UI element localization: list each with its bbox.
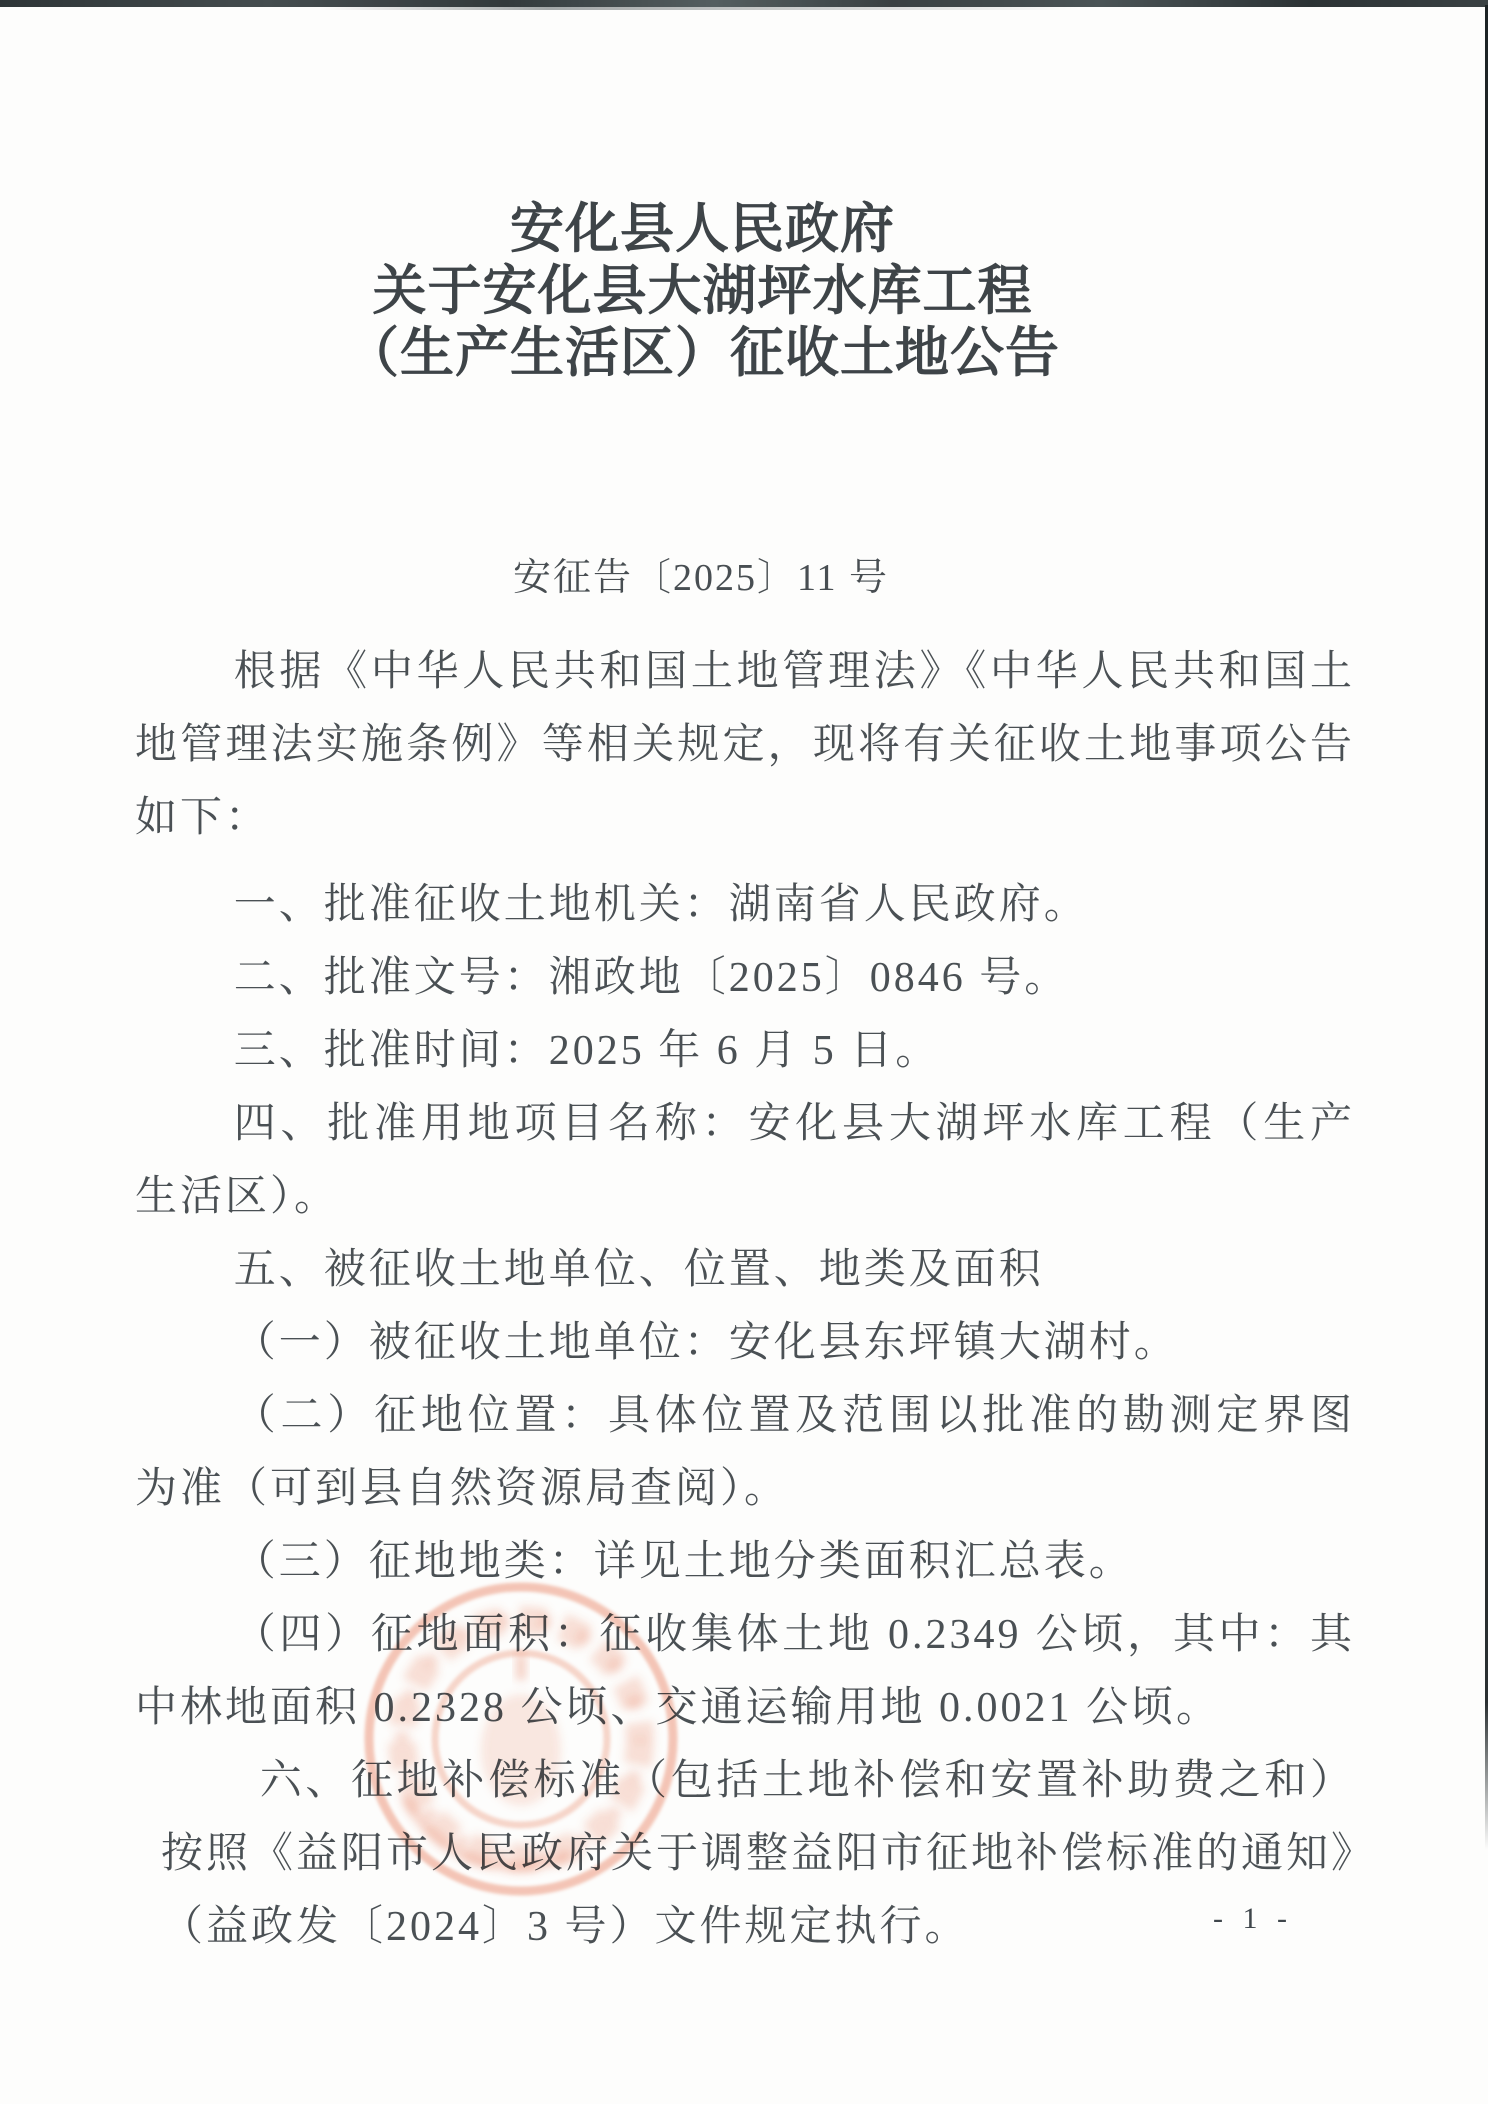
title-line-2: 关于安化县大湖坪水库工程 <box>0 260 1405 322</box>
body-paragraph-item-3: 三、批准时间：2025 年 6 月 5 日。 <box>135 1015 1355 1088</box>
body-paragraph-intro: 根据《中华人民共和国土地管理法》《中华人民共和国土地管理法实施条例》等相关规定，… <box>135 636 1355 855</box>
scan-edge-top-shadow <box>320 7 1080 10</box>
body-paragraph-item-6: 六、征地补偿标准（包括土地补偿和安置补助费之和）按照《益阳市人民政府关于调整益阳… <box>135 1745 1355 1964</box>
body-paragraph-item-4: 四、批准用地项目名称：安化县大湖坪水库工程（生产生活区）。 <box>135 1088 1355 1234</box>
document-body: 根据《中华人民共和国土地管理法》《中华人民共和国土地管理法实施条例》等相关规定，… <box>135 636 1355 1964</box>
title-line-3: （生产生活区）征收土地公告 <box>0 322 1405 384</box>
body-paragraph-item-5-3: （三）征地地类：详见土地分类面积汇总表。 <box>135 1526 1355 1599</box>
body-paragraph-item-5: 五、被征收土地单位、位置、地类及面积 <box>135 1234 1355 1307</box>
body-paragraph-item-5-2: （二）征地位置：具体位置及范围以批准的勘测定界图为准（可到县自然资源局查阅）。 <box>135 1380 1355 1526</box>
scan-edge-top <box>0 0 1488 7</box>
body-paragraph-item-5-1: （一）被征收土地单位：安化县东坪镇大湖村。 <box>135 1307 1355 1380</box>
document-title: 安化县人民政府 关于安化县大湖坪水库工程 （生产生活区）征收土地公告 <box>0 198 1405 384</box>
document-reference-number: 安征告〔2025〕11 号 <box>0 546 1402 601</box>
scanned-document-page: 安化县人民政府 关于安化县大湖坪水库工程 （生产生活区）征收土地公告 安征告〔2… <box>0 0 1488 2104</box>
body-paragraph-item-1: 一、批准征收土地机关：湖南省人民政府。 <box>135 869 1355 942</box>
body-paragraph-item-2: 二、批准文号：湘政地〔2025〕0846 号。 <box>135 942 1355 1015</box>
title-line-1: 安化县人民政府 <box>0 198 1405 260</box>
body-paragraph-item-5-4: （四）征地面积：征收集体土地 0.2349 公顷，其中：其中林地面积 0.232… <box>135 1599 1355 1745</box>
